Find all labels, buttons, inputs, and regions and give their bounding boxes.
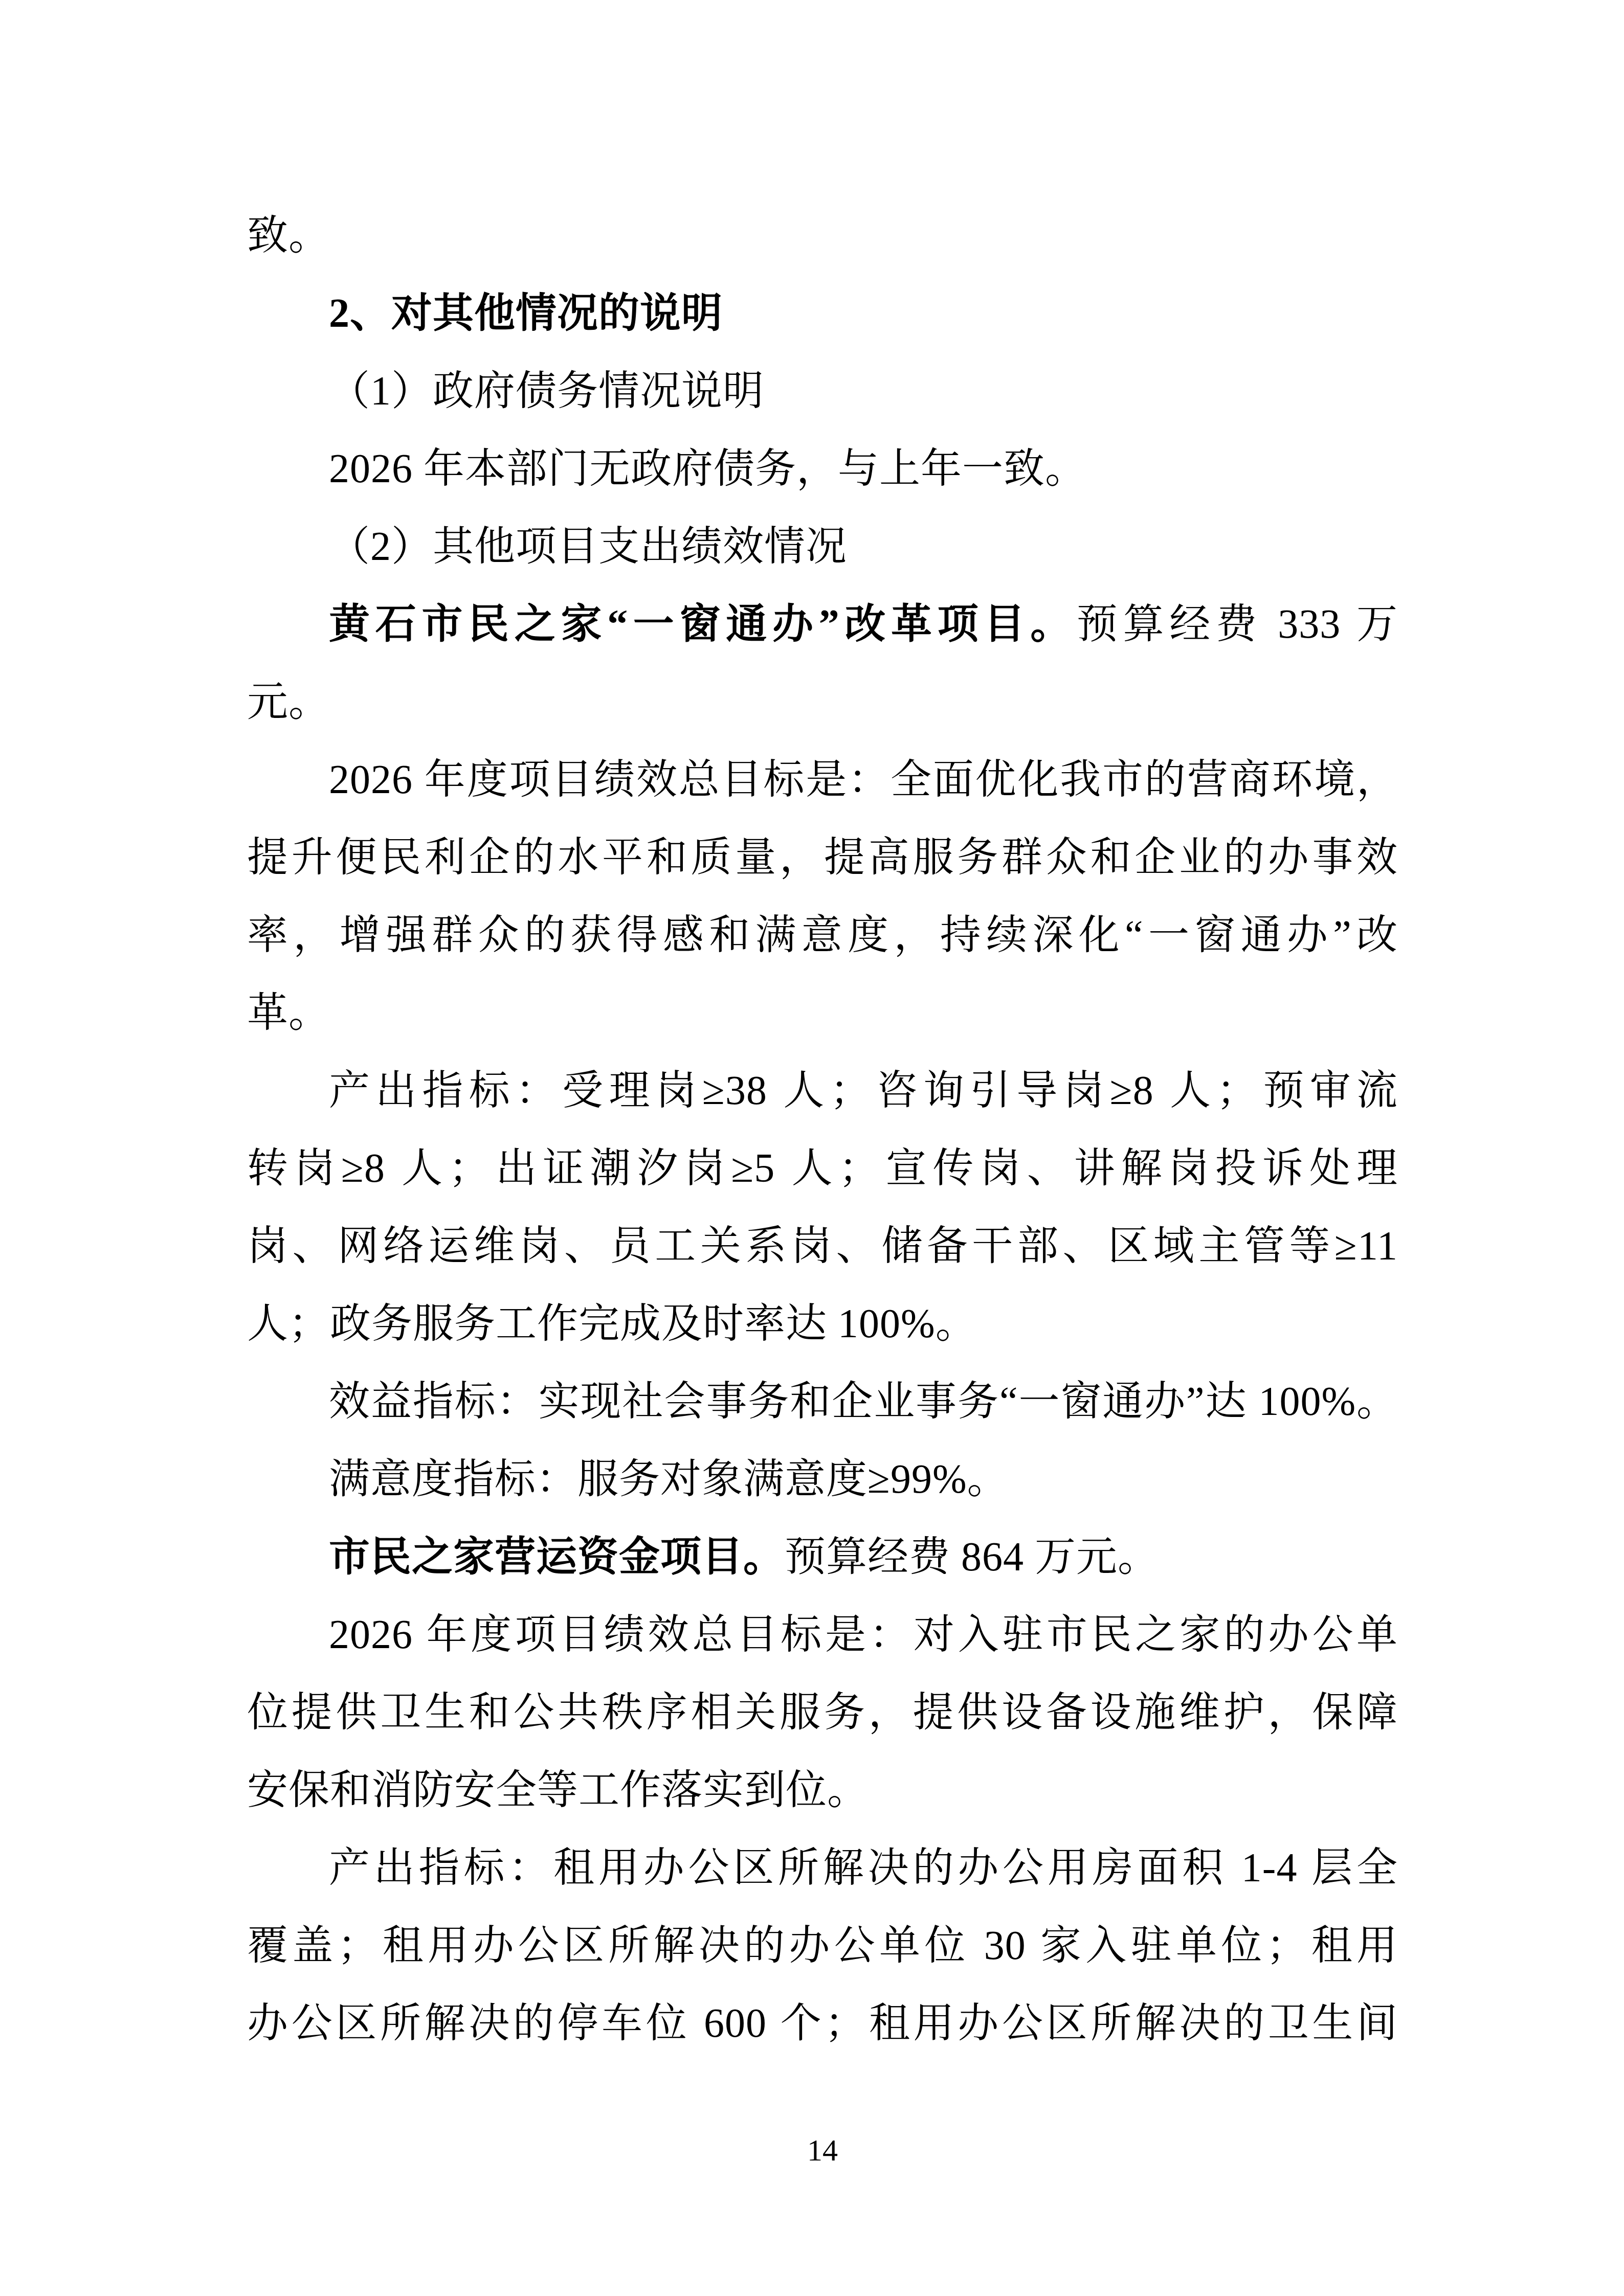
text-line: 提升便民利企的水平和质量，提高服务群众和企业的办事效 [247, 819, 1398, 896]
body-text: 预算经费 864 万元。 [785, 1535, 1159, 1580]
body-text: 元。 [247, 680, 330, 725]
text-line: 满意度指标：服务对象满意度≥99%。 [247, 1440, 1398, 1518]
page-number: 14 [247, 2130, 1398, 2171]
text-line: 覆盖；租用办公区所解决的办公单位 30 家入驻单位；租用 [247, 1907, 1398, 1985]
body-text: 产出指标：租用办公区所解决的办公用房面积 1-4 层全 [329, 1845, 1398, 1890]
bold-text: 2、对其他情况的说明 [329, 291, 723, 336]
body-text: 致。 [247, 213, 330, 258]
bold-text: 黄石市民之家“一窗通办”改革项目。 [329, 602, 1077, 647]
project-heading-line: 黄石市民之家“一窗通办”改革项目。预算经费 333 万 [247, 586, 1398, 663]
body-text: 办公区所解决的停车位 600 个；租用办公区所解决的卫生间 [247, 2001, 1398, 2046]
body-text: 率，增强群众的获得感和满意度，持续深化“一窗通办”改 [247, 913, 1398, 958]
body-text: 覆盖；租用办公区所解决的办公单位 30 家入驻单位；租用 [247, 1923, 1398, 1968]
text-line: 人；政务服务工作完成及时率达 100%。 [247, 1285, 1398, 1363]
body-text: 2026 年度项目绩效总目标是：对入驻市民之家的办公单 [329, 1612, 1398, 1657]
body-text: 效益指标：实现社会事务和企业事务“一窗通办”达 100%。 [329, 1379, 1398, 1424]
text-line: 安保和消防安全等工作落实到位。 [247, 1751, 1398, 1829]
text-line: 岗、网络运维岗、员工关系岗、储备干部、区域主管等≥11 [247, 1207, 1398, 1285]
body-text: 安保和消防安全等工作落实到位。 [247, 1768, 869, 1813]
text-line: （1）政府债务情况说明 [247, 352, 1398, 430]
body-text: 2026 年本部门无政府债务，与上年一致。 [329, 446, 1086, 491]
body-text: 革。 [247, 991, 330, 1036]
text-line: （2）其他项目支出绩效情况 [247, 508, 1398, 586]
bold-text: 市民之家营运资金项目。 [329, 1535, 785, 1580]
project-heading-line: 市民之家营运资金项目。预算经费 864 万元。 [247, 1518, 1398, 1596]
text-line: 2026 年本部门无政府债务，与上年一致。 [247, 430, 1398, 508]
text-line: 率，增强群众的获得感和满意度，持续深化“一窗通办”改 [247, 896, 1398, 974]
body-text: 预算经费 333 万 [1077, 602, 1398, 647]
text-line: 致。 [247, 197, 1398, 275]
text-line: 2026 年度项目绩效总目标是：对入驻市民之家的办公单 [247, 1596, 1398, 1674]
text-line: 产出指标：受理岗≥38 人；咨询引导岗≥8 人；预审流 [247, 1052, 1398, 1130]
body-text: 位提供卫生和公共秩序相关服务，提供设备设施维护，保障 [247, 1690, 1398, 1735]
body-text: 转岗≥8 人；出证潮汐岗≥5 人；宣传岗、讲解岗投诉处理 [247, 1146, 1398, 1191]
body-text: 满意度指标：服务对象满意度≥99%。 [329, 1457, 1009, 1502]
body-text: 人；政务服务工作完成及时率达 100%。 [247, 1301, 977, 1346]
text-line: 转岗≥8 人；出证潮汐岗≥5 人；宣传岗、讲解岗投诉处理 [247, 1130, 1398, 1207]
body-text: 提升便民利企的水平和质量，提高服务群众和企业的办事效 [247, 835, 1398, 880]
text-line: 效益指标：实现社会事务和企业事务“一窗通办”达 100%。 [247, 1363, 1398, 1440]
document-page: 致。 2、对其他情况的说明 （1）政府债务情况说明 2026 年本部门无政府债务… [0, 0, 1624, 2296]
section-heading: 2、对其他情况的说明 [247, 275, 1398, 352]
text-line: 办公区所解决的停车位 600 个；租用办公区所解决的卫生间 [247, 1985, 1398, 2062]
text-line: 位提供卫生和公共秩序相关服务，提供设备设施维护，保障 [247, 1674, 1398, 1751]
body-text: （2）其他项目支出绩效情况 [329, 524, 847, 569]
document-body: 致。 2、对其他情况的说明 （1）政府债务情况说明 2026 年本部门无政府债务… [247, 197, 1398, 2062]
text-line: 革。 [247, 974, 1398, 1052]
body-text: 岗、网络运维岗、员工关系岗、储备干部、区域主管等≥11 [247, 1224, 1398, 1269]
text-line: 元。 [247, 663, 1398, 741]
body-text: 产出指标：受理岗≥38 人；咨询引导岗≥8 人；预审流 [329, 1068, 1398, 1113]
text-line: 产出指标：租用办公区所解决的办公用房面积 1-4 层全 [247, 1829, 1398, 1907]
body-text: 2026 年度项目绩效总目标是：全面优化我市的营商环境， [329, 757, 1398, 802]
body-text: （1）政府债务情况说明 [329, 369, 764, 414]
text-line: 2026 年度项目绩效总目标是：全面优化我市的营商环境， [247, 741, 1398, 819]
